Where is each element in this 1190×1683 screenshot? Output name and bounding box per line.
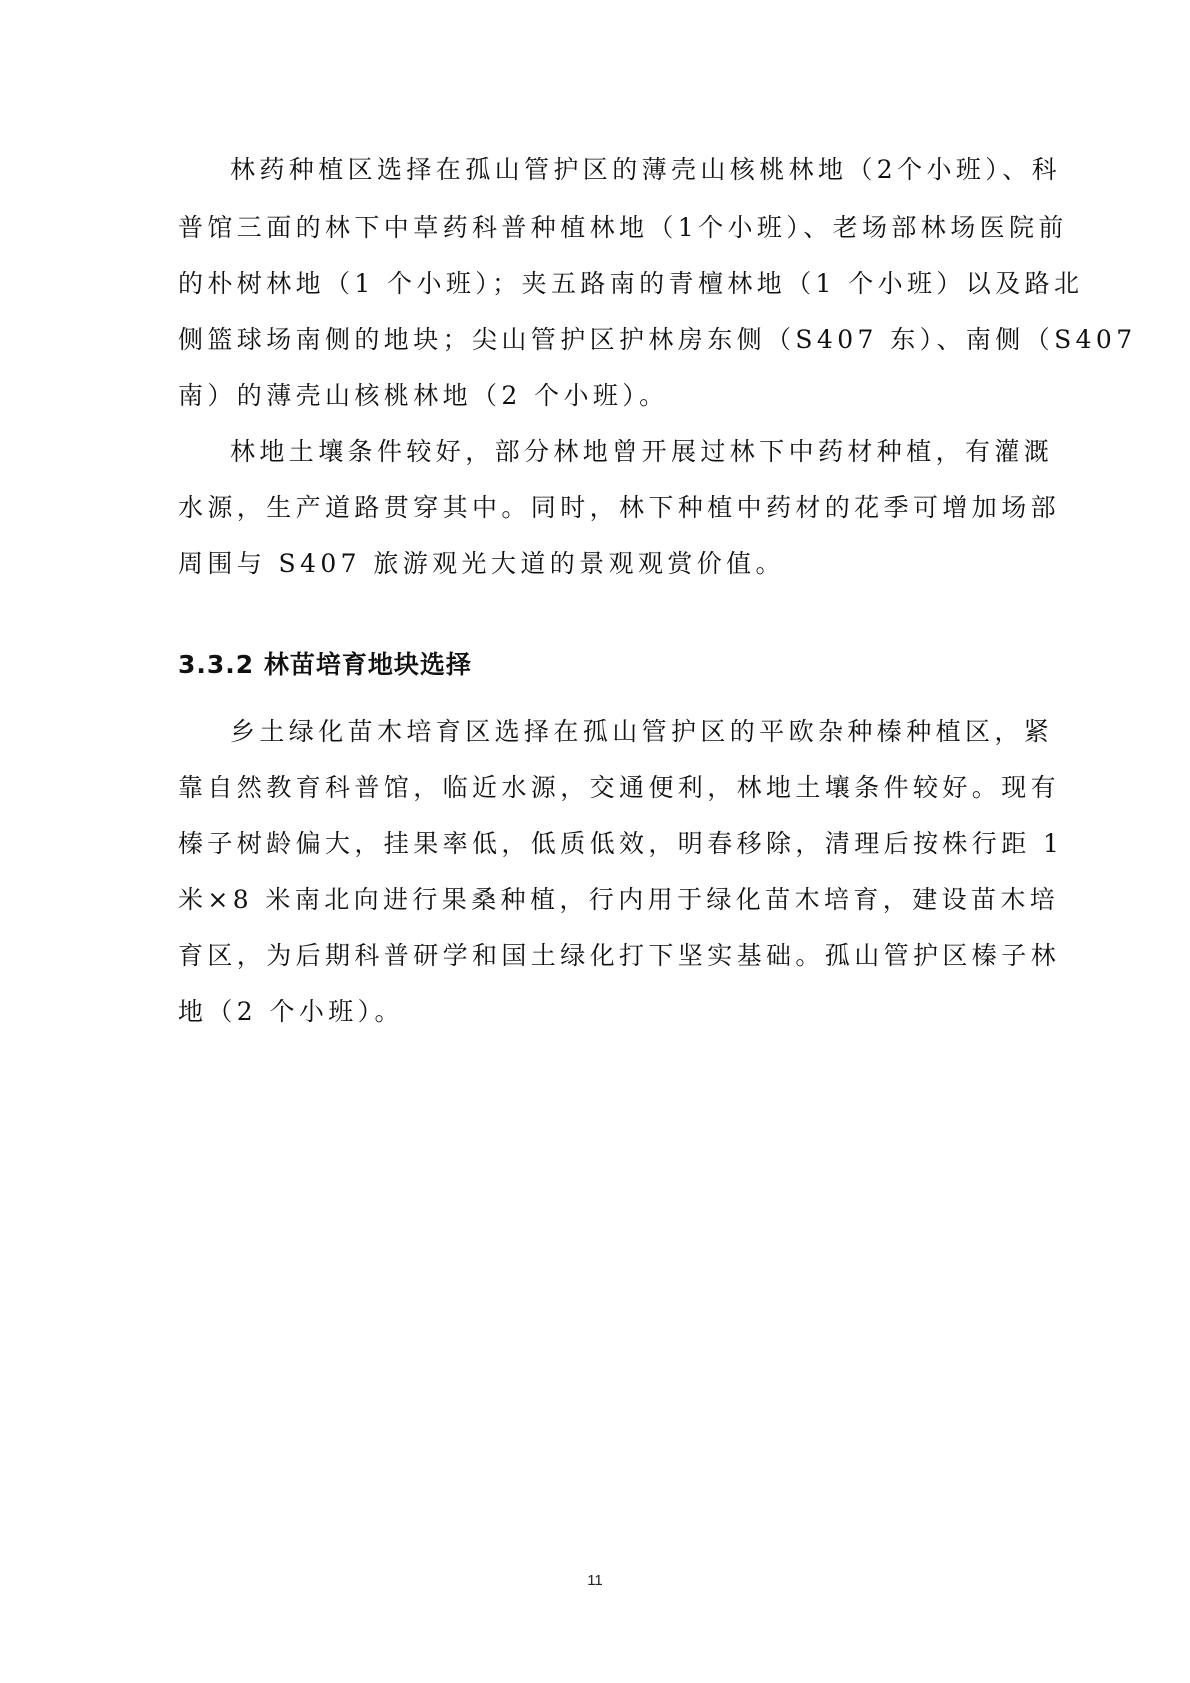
text-line: 米×8 米南北向进行果桑种植，行内用于绿化苗木培育，建设苗木培	[178, 885, 1059, 915]
text-line: 普馆三面的林下中草药科普种植林地（1个小班）、老场部林场医院前	[178, 213, 1068, 243]
text-line: 地（2 个小班）。	[178, 997, 404, 1027]
text-line: 周围与 S407 旅游观光大道的景观观赏价值。	[178, 549, 785, 579]
section-heading: 3.3.2 林苗培育地块选择	[178, 650, 472, 680]
text-line: 育区，为后期科普研学和国土绿化打下坚实基础。孤山管护区榛子林	[178, 941, 1060, 971]
text-line: 侧篮球场南侧的地块；尖山管护区护林房东侧（S407 东）、南侧（S407	[178, 325, 1137, 355]
text-line: 靠自然教育科普馆，临近水源，交通便利，林地土壤条件较好。现有	[178, 773, 1060, 803]
page-number: 11	[0, 1572, 1190, 1589]
text-line: 乡土绿化苗木培育区选择在孤山管护区的平欧杂种榛种植区，紧	[230, 717, 1053, 747]
text-line: 榛子树龄偏大，挂果率低，低质低效，明春移除，清理后按株行距 1	[178, 829, 1063, 859]
text-line: 林药种植区选择在孤山管护区的薄壳山核桃林地（2个小班）、科	[230, 155, 1061, 185]
text-line: 南）的薄壳山核桃林地（2 个小班）。	[178, 381, 669, 411]
text-line: 林地土壤条件较好，部分林地曾开展过林下中药材种植，有灌溉	[230, 437, 1053, 467]
text-line: 的朴树林地（1 个小班）；夹五路南的青檀林地（1 个小班）以及路北	[178, 269, 1083, 299]
document-page: 林药种植区选择在孤山管护区的薄壳山核桃林地（2个小班）、科 普馆三面的林下中草药…	[0, 0, 1190, 1683]
text-line: 水源，生产道路贯穿其中。同时，林下种植中药材的花季可增加场部	[178, 493, 1060, 523]
